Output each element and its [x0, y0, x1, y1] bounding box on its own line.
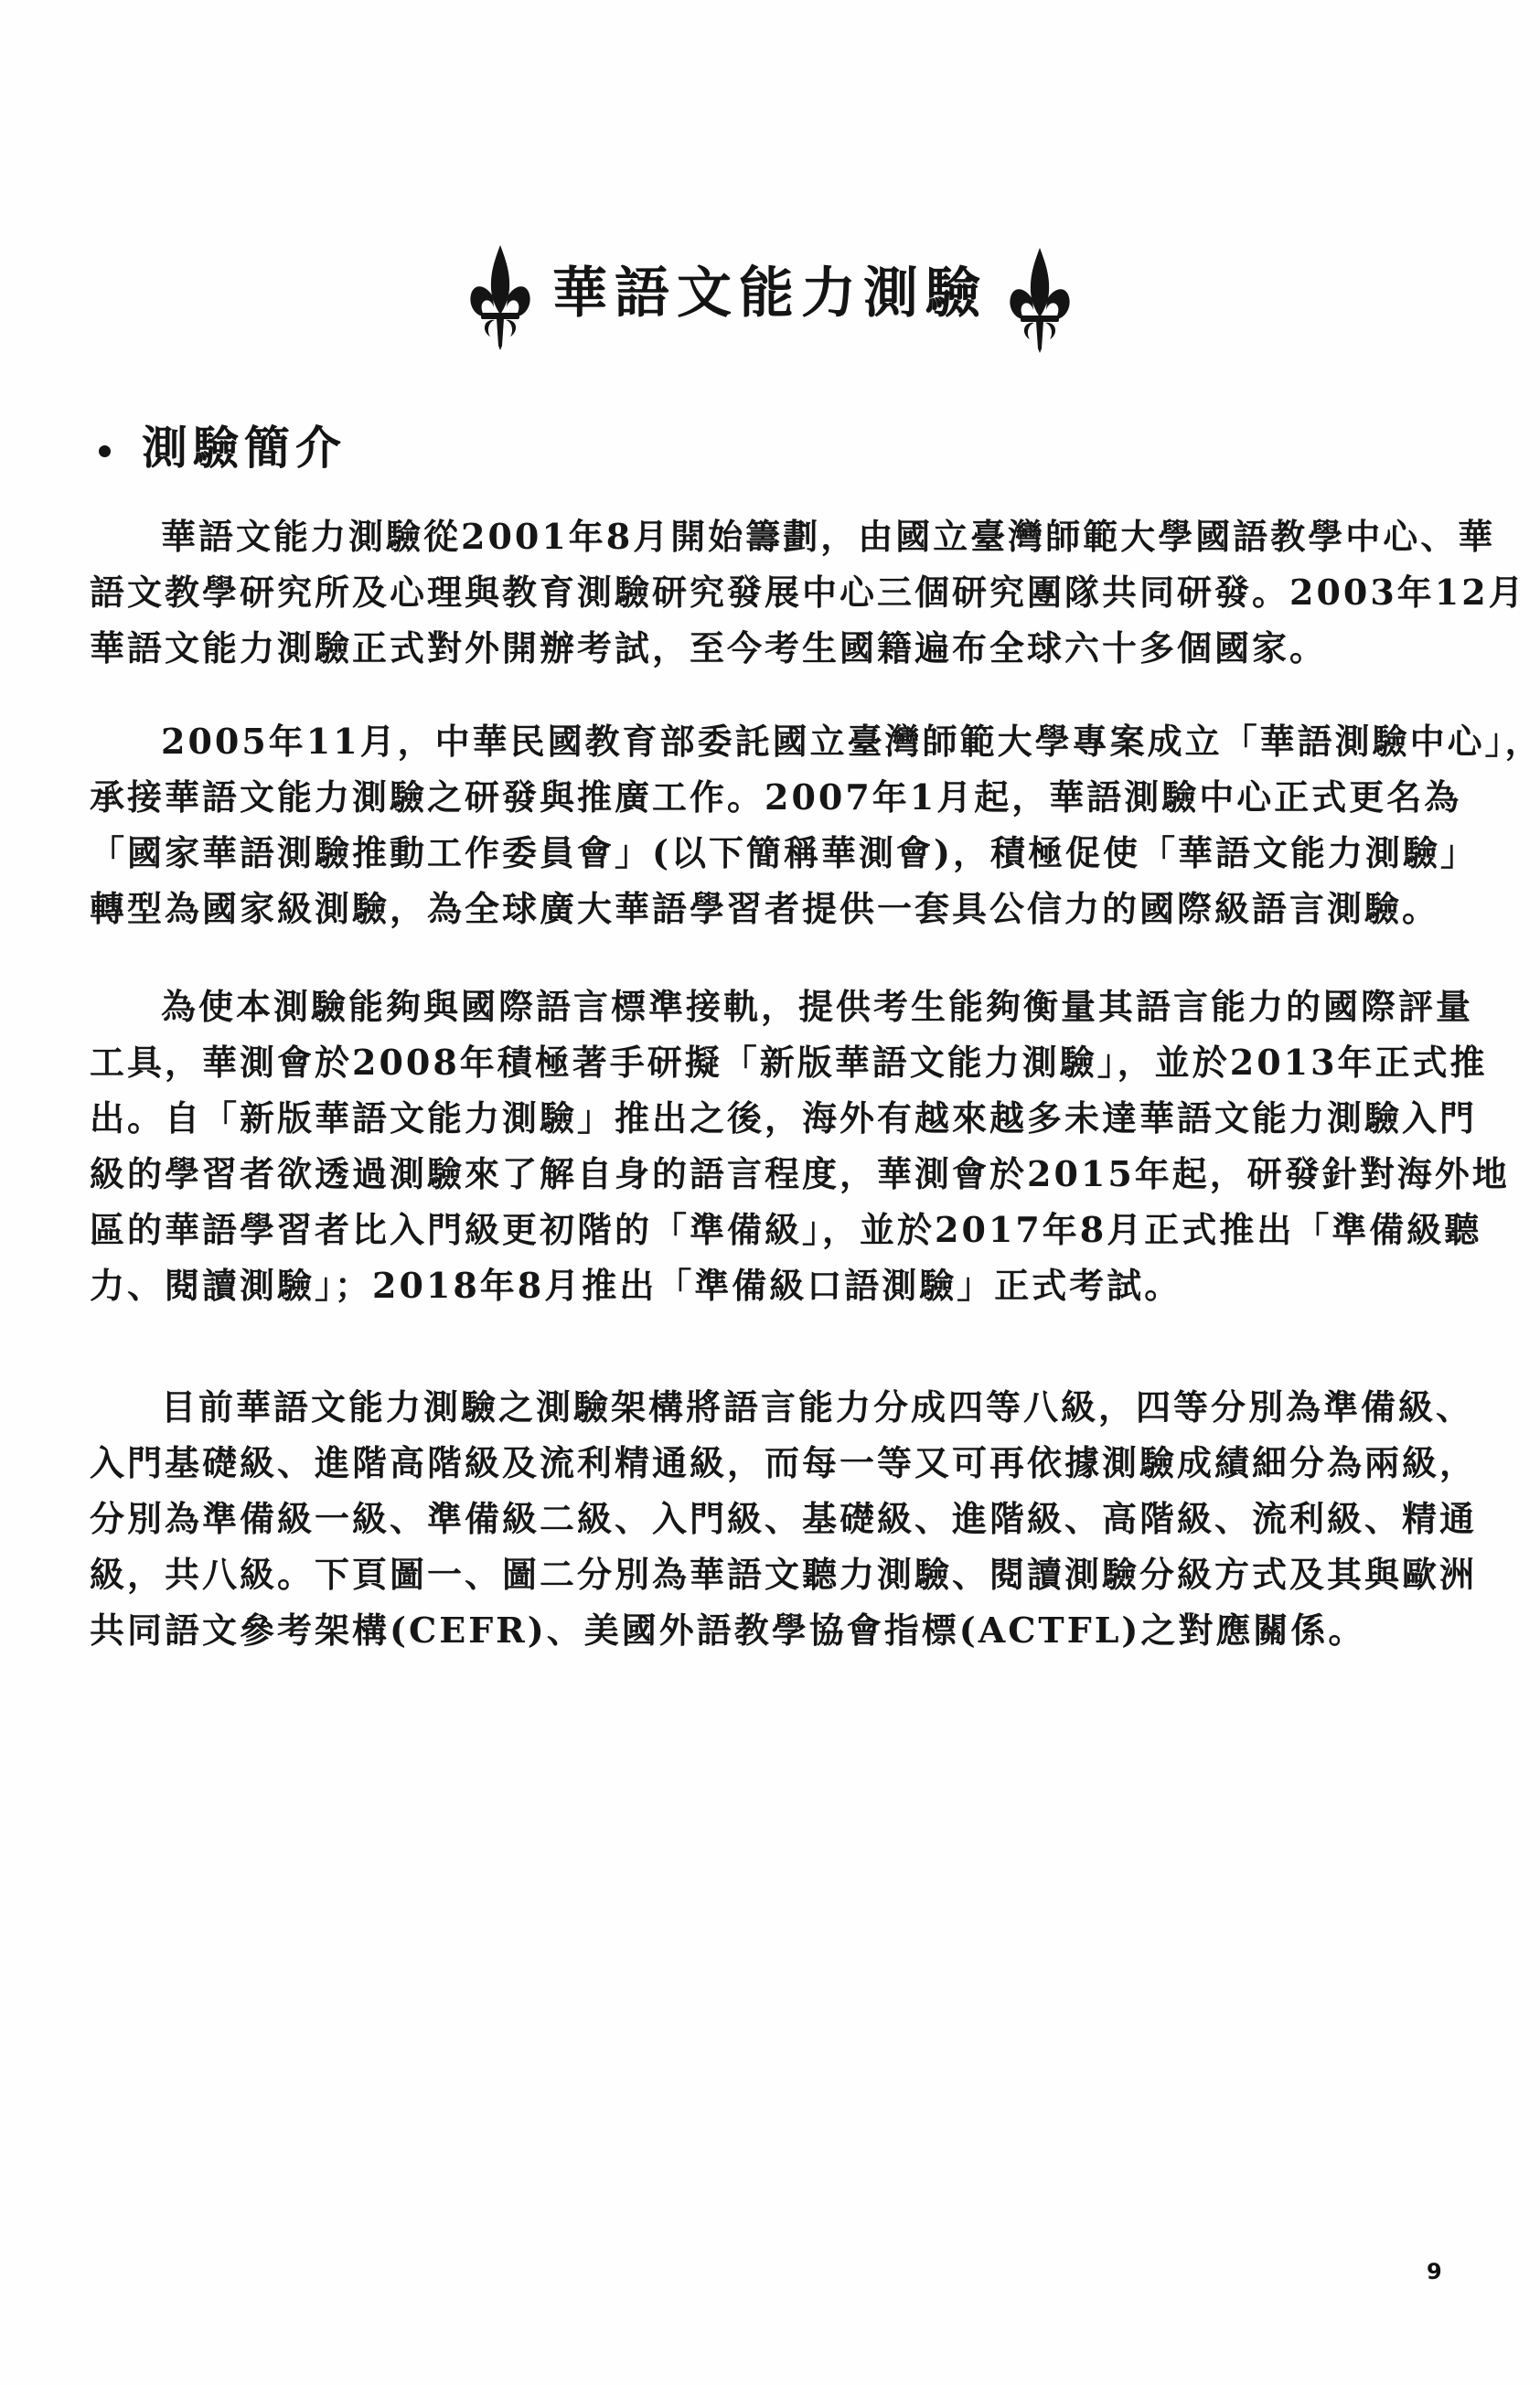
paragraph-line: 級，共八級。下頁圖一、圖二分別為華語文聽力測驗、閱讀測驗分級方式及其與歐洲: [90, 1546, 1406, 1602]
paragraph-line: 轉型為國家級測驗，為全球廣大華語學習者提供一套具公信力的國際級語言測驗。: [90, 881, 1406, 936]
fleur-de-lis-icon: [468, 243, 532, 351]
bullet-dot-icon: [99, 445, 111, 457]
page-title: 華語文能力測驗: [552, 266, 988, 321]
paragraph-line: 目前華語文能力測驗之測驗架構將語言能力分成四等八級，四等分別為準備級、: [90, 1379, 1406, 1435]
paragraph-line: 級的學習者欲透過測驗來了解自身的語言程度，華測會於2015年起，研發針對海外地: [90, 1146, 1406, 1202]
paragraph-line: 分別為準備級一級、準備級二級、入門級、基礎級、進階級、高階級、流利級、精通: [90, 1491, 1406, 1546]
paragraph-line: 出。自「新版華語文能力測驗」推出之後，海外有越來越多未達華語文能力測驗入門: [90, 1090, 1406, 1146]
paragraph-line: 華語文能力測驗正式對外開辦考試，至今考生國籍遍布全球六十多個國家。: [90, 620, 1406, 676]
paragraph-line: 力、閱讀測驗」；2018年8月推出「準備級口語測驗」正式考試。: [90, 1257, 1406, 1313]
paragraph-line: 為使本測驗能夠與國際語言標準接軌，提供考生能夠衡量其語言能力的國際評量: [90, 979, 1406, 1034]
paragraph-3: 為使本測驗能夠與國際語言標準接軌，提供考生能夠衡量其語言能力的國際評量 工具，華…: [90, 979, 1406, 1313]
section-heading: 測驗簡介: [99, 425, 347, 471]
section-title: 測驗簡介: [142, 425, 347, 471]
paragraph-line: 華語文能力測驗從2001年8月開始籌劃，由國立臺灣師範大學國語教學中心、華: [90, 508, 1406, 564]
paragraph-line: 入門基礎級、進階高階級及流利精通級，而每一等又可再依據測驗成績細分為兩級，: [90, 1435, 1406, 1491]
document-page: 華語文能力測驗 測驗簡介 華語文能力測驗從2001年8月開始籌劃，由國立臺灣師範…: [0, 0, 1540, 2385]
paragraph-line: 承接華語文能力測驗之研發與推廣工作。2007年1月起，華語測驗中心正式更名為: [90, 769, 1406, 825]
paragraph-line: 語文教學研究所及心理與教育測驗研究發展中心三個研究團隊共同研發。2003年12月: [90, 564, 1406, 620]
paragraph-line: 2005年11月，中華民國教育部委託國立臺灣師範大學專案成立「華語測驗中心」，: [90, 713, 1406, 769]
paragraph-line: 共同語文參考架構(CEFR)、美國外語教學協會指標(ACTFL)之對應關係。: [90, 1602, 1406, 1658]
paragraph-line: 區的華語學習者比入門級更初階的「準備級」，並於2017年8月正式推出「準備級聽: [90, 1202, 1406, 1257]
paragraph-4: 目前華語文能力測驗之測驗架構將語言能力分成四等八級，四等分別為準備級、 入門基礎…: [90, 1379, 1406, 1658]
paragraph-1: 華語文能力測驗從2001年8月開始籌劃，由國立臺灣師範大學國語教學中心、華 語文…: [90, 508, 1406, 676]
page-number: 9: [1427, 2259, 1442, 2284]
paragraph-2: 2005年11月，中華民國教育部委託國立臺灣師範大學專案成立「華語測驗中心」， …: [90, 713, 1406, 936]
paragraph-line: 「國家華語測驗推動工作委員會」(以下簡稱華測會)，積極促使「華語文能力測驗」: [90, 825, 1406, 881]
fleur-de-lis-icon: [1008, 246, 1072, 354]
paragraph-line: 工具，華測會於2008年積極著手研擬「新版華語文能力測驗」，並於2013年正式推: [90, 1034, 1406, 1090]
title-row: 華語文能力測驗: [0, 233, 1540, 354]
